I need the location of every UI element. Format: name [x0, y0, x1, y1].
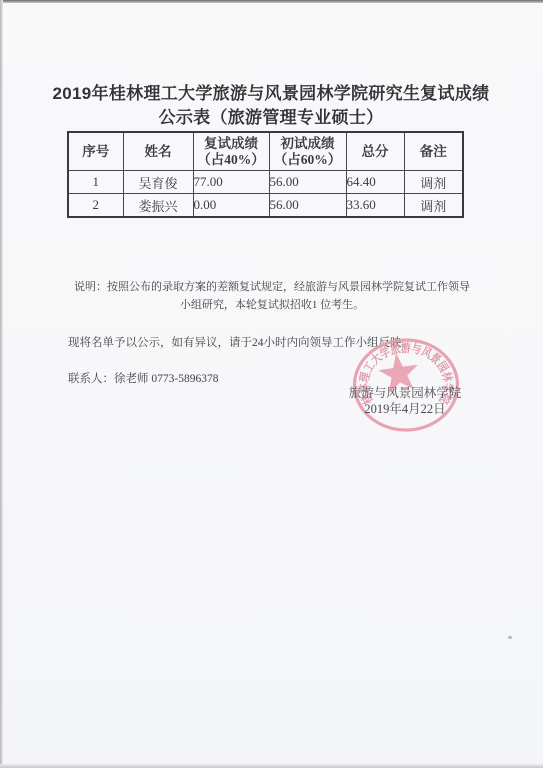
- scanned-notice-page: 2019年桂林理工大学旅游与风景园林学院研究生复试成绩公示表（旅游管理专业硕士）…: [0, 0, 543, 768]
- cell-retest: 0.00: [193, 194, 269, 218]
- contact-info: 联系人：徐老师 0773-5896378: [68, 372, 368, 386]
- column-header-total: 总分: [346, 132, 404, 171]
- scan-edge-top: [0, 0, 543, 3]
- signature-organization: 旅游与风景园林学院: [338, 385, 472, 401]
- table-row: 1 吴育俊 77.00 56.00 64.40 调剂: [68, 171, 463, 194]
- cell-retest: 77.00: [193, 171, 269, 194]
- column-header-remark: 备注: [404, 132, 463, 171]
- cell-initial: 56.00: [269, 171, 346, 194]
- table-row: 2 娄振兴 0.00 56.00 33.60 调剂: [68, 194, 463, 218]
- column-header-name: 姓名: [123, 132, 193, 171]
- column-header-retest: 复试成绩 （占40%）: [193, 132, 269, 171]
- results-table: 序号 姓名 复试成绩 （占40%） 初试成绩 （占60%） 总分 备注 1 吴育…: [67, 131, 464, 218]
- cell-remark: 调剂: [404, 171, 463, 194]
- column-header-initial: 初试成绩 （占60%）: [269, 132, 346, 171]
- cell-initial: 56.00: [269, 194, 346, 218]
- note-text: 说明：按照公布的录取方案的差额复试规定，经旅游与风景园林学院复试工作领导 小组研…: [62, 278, 482, 314]
- cell-name: 吴育俊: [123, 171, 193, 194]
- signature-block: 旅游与风景园林学院 2019年4月22日: [338, 385, 472, 417]
- scan-speck: [508, 636, 512, 639]
- scan-edge-bottom: [0, 764, 543, 768]
- scan-edge-left: [0, 0, 3, 768]
- page-title: 2019年桂林理工大学旅游与风景园林学院研究生复试成绩公示表（旅游管理专业硕士）: [51, 82, 491, 130]
- signature-date: 2019年4月22日: [338, 401, 472, 417]
- cell-total: 64.40: [346, 171, 404, 194]
- cell-index: 1: [68, 171, 123, 194]
- cell-remark: 调剂: [404, 194, 463, 218]
- cell-total: 33.60: [346, 194, 404, 218]
- cell-index: 2: [68, 194, 123, 218]
- table-header-row: 序号 姓名 复试成绩 （占40%） 初试成绩 （占60%） 总分 备注: [68, 132, 463, 171]
- cell-name: 娄振兴: [123, 194, 193, 218]
- column-header-index: 序号: [68, 132, 123, 171]
